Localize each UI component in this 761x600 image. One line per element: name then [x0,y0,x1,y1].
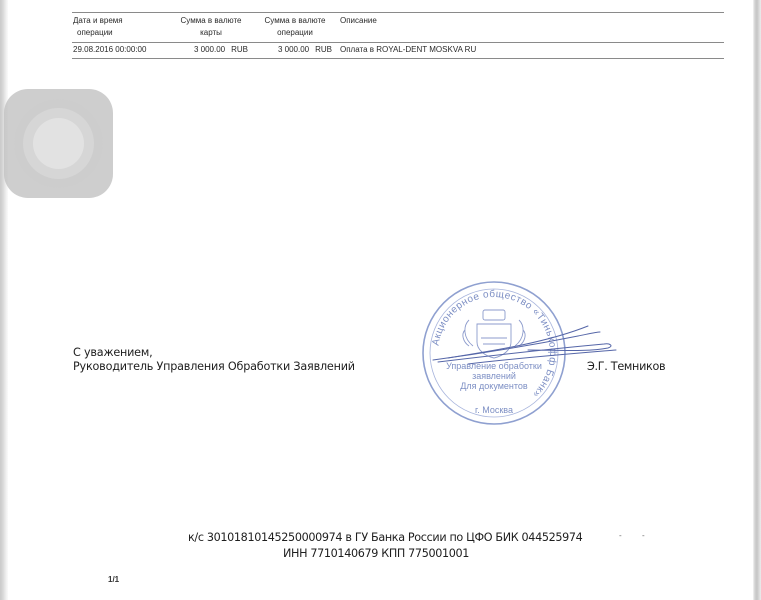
header-operation-amount: Сумма в валюте операции [254,15,336,39]
assistive-touch-button[interactable] [4,89,113,198]
signer-name: Э.Г. Темников [587,360,665,374]
footer-mark: - [619,531,622,540]
footer-mark: - [642,531,645,540]
document-page [8,0,753,600]
cell-date: 29.08.2016 00:00:00 [73,44,169,56]
page-number: 1/1 [108,575,119,584]
stamp-city: г. Москва [421,405,567,415]
table-row: 29.08.2016 00:00:00 3 000.00RUB 3 000.00… [72,43,724,58]
header-card-amount: Сумма в валюте карты [170,15,252,39]
cell-description: Оплата в ROYAL-DENT MOSKVA RU [340,44,720,56]
closing-block: С уважением, Руководитель Управления Обр… [73,346,355,374]
signer-position: Руководитель Управления Обработки Заявле… [73,360,355,374]
bank-details-line2: ИНН 7710140679 КПП 775001001 [283,547,469,561]
greeting: С уважением, [73,346,355,360]
header-description: Описание [340,15,720,27]
header-date: Дата и время операции [73,15,169,39]
cell-card-amount: 3 000.00RUB [170,44,248,56]
transactions-table: Дата и время операции Сумма в валюте кар… [72,12,724,59]
table-bottom-rule [72,58,724,59]
cell-operation-amount: 3 000.00RUB [254,44,332,56]
table-header-row: Дата и время операции Сумма в валюте кар… [72,13,724,42]
page-edge-right [753,0,761,600]
page-edge-left [0,0,8,600]
bank-details-line1: к/с 30101810145250000974 в ГУ Банка Росс… [188,531,582,545]
document-viewer: Дата и время операции Сумма в валюте кар… [0,0,761,600]
assistive-touch-center [33,118,84,169]
